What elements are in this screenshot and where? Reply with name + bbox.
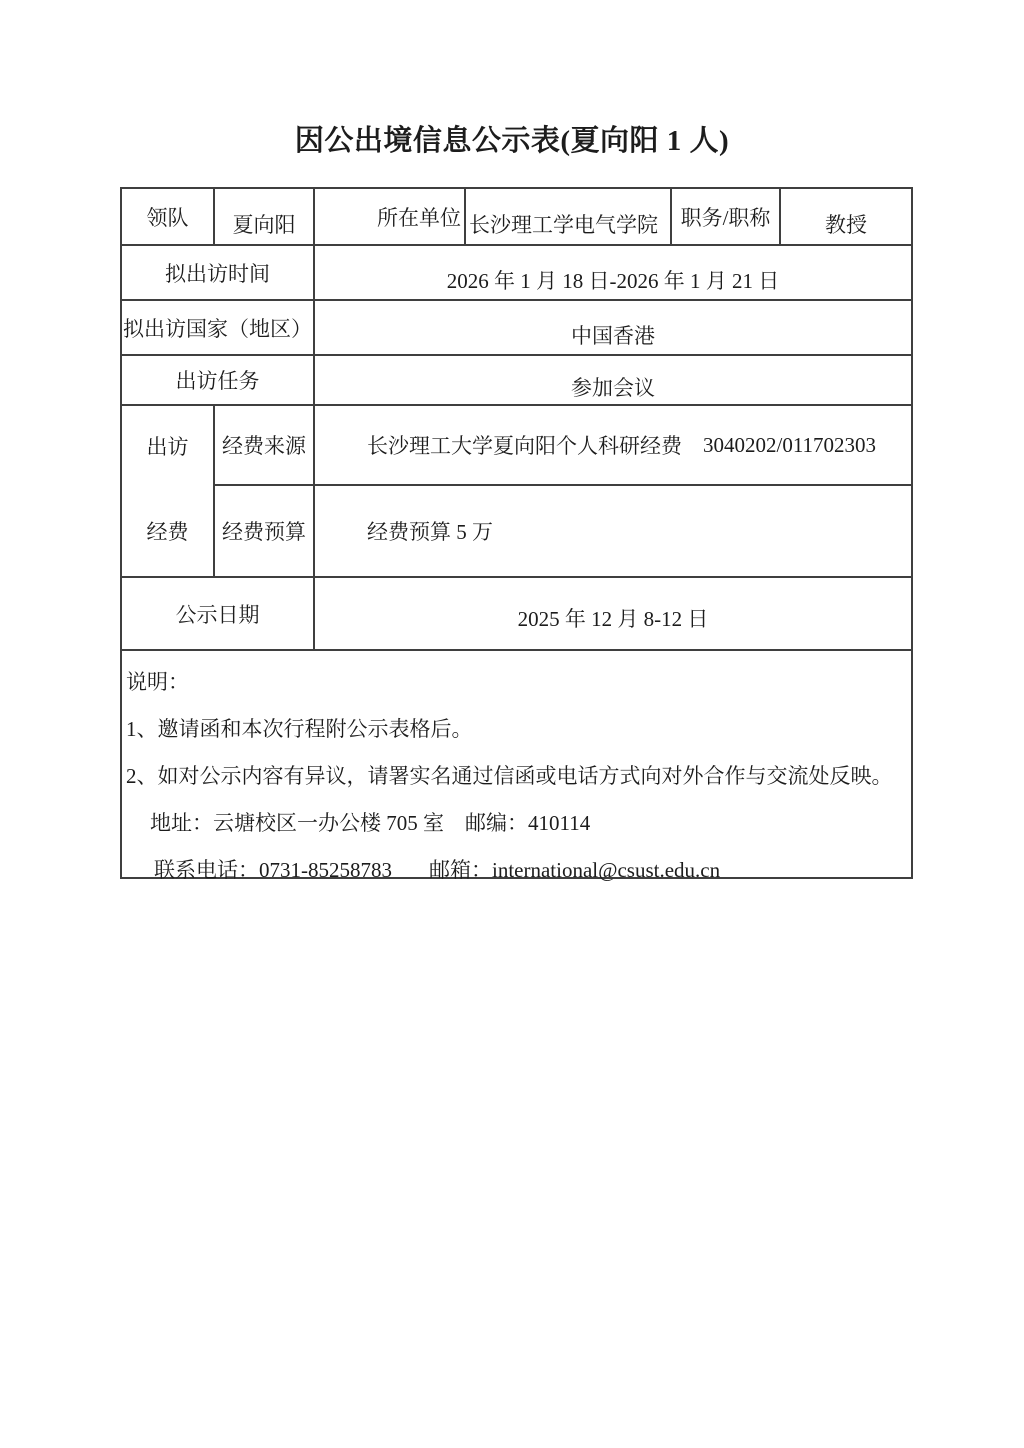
unit-label-cell: 所在单位: [315, 189, 466, 244]
phone-value: 0731-85258783: [259, 858, 392, 882]
table-row-destination: 拟出访国家（地区） 中国香港: [122, 301, 911, 356]
notes-section: 说明： 1、邀请函和本次行程附公示表格后。 2、如对公示内容有异议，请署实名通过…: [122, 651, 911, 894]
postcode-value: 410114: [528, 811, 590, 835]
destination-value-cell: 中国香港: [315, 301, 911, 354]
task-value-cell: 参加会议: [315, 356, 911, 404]
notes-contact-line: 联系电话：0731-85258783邮箱：international@csust…: [126, 847, 901, 894]
funding-group-line1: 出访: [122, 406, 213, 486]
phone-label: 联系电话：: [154, 858, 259, 882]
leader-label: 领队: [147, 202, 189, 232]
position-label-cell: 职务/职称: [672, 189, 781, 244]
publicity-date-value: 2025 年 12 月 8-12 日: [518, 603, 709, 633]
destination-label-cell: 拟出访国家（地区）: [122, 301, 315, 354]
leader-name: 夏向阳: [233, 209, 296, 239]
notes-item-1: 1、邀请函和本次行程附公示表格后。: [126, 706, 901, 753]
page-title: 因公出境信息公示表(夏向阳 1 人): [0, 120, 1024, 162]
email-value: international@csust.edu.cn: [492, 858, 720, 882]
travel-time-value: 2026 年 1 月 18 日-2026 年 1 月 21 日: [447, 265, 780, 295]
travel-time-value-cell: 2026 年 1 月 18 日-2026 年 1 月 21 日: [315, 246, 911, 299]
notes-item-2: 2、如对公示内容有异议，请署实名通过信函或电话方式向对外合作与交流处反映。: [126, 753, 901, 800]
position-label: 职务/职称: [681, 202, 771, 232]
task-label-cell: 出访任务: [122, 356, 315, 404]
notes-address-line: 地址：云塘校区一办公楼 705 室邮编：410114: [126, 800, 901, 847]
publicity-date-label-cell: 公示日期: [122, 578, 315, 649]
leader-name-cell: 夏向阳: [215, 189, 315, 244]
funding-budget-row: 经费预算 经费预算 5 万: [215, 486, 911, 576]
leader-label-cell: 领队: [122, 189, 215, 244]
funding-source-text: 长沙理工大学夏向阳个人科研经费: [367, 430, 682, 460]
destination-value: 中国香港: [571, 320, 655, 350]
funding-group-line2: 经费: [122, 486, 213, 576]
destination-label: 拟出访国家（地区）: [123, 313, 312, 343]
unit-label: 所在单位: [377, 202, 461, 232]
funding-rows: 经费来源 长沙理工大学夏向阳个人科研经费 3040202/011702303 经…: [215, 406, 911, 576]
funding-source-label-cell: 经费来源: [215, 406, 315, 484]
unit-value: 长沙理工学电气学院: [469, 209, 658, 239]
task-value: 参加会议: [571, 372, 655, 402]
funding-source-row: 经费来源 长沙理工大学夏向阳个人科研经费 3040202/011702303: [215, 406, 911, 486]
funding-source-value-cell: 长沙理工大学夏向阳个人科研经费 3040202/011702303: [315, 406, 911, 484]
funding-budget-label: 经费预算: [222, 516, 306, 546]
address-value: 云塘校区一办公楼 705 室: [213, 811, 444, 835]
email-label: 邮箱：: [429, 858, 492, 882]
position-value: 教授: [825, 209, 867, 239]
address-label: 地址：: [150, 811, 213, 835]
travel-time-label: 拟出访时间: [165, 258, 270, 288]
notes-heading: 说明：: [126, 659, 901, 706]
table-row-travel-time: 拟出访时间 2026 年 1 月 18 日-2026 年 1 月 21 日: [122, 246, 911, 301]
funding-budget-label-cell: 经费预算: [215, 486, 315, 576]
position-value-cell: 教授: [781, 189, 911, 244]
funding-source-label: 经费来源: [222, 430, 306, 460]
funding-group-cell: 出访 经费: [122, 406, 215, 576]
table-row-task: 出访任务 参加会议: [122, 356, 911, 406]
funding-budget-value-cell: 经费预算 5 万: [315, 486, 911, 576]
funding-budget-value: 经费预算 5 万: [367, 516, 493, 546]
public-notice-table: 领队 夏向阳 所在单位 长沙理工学电气学院 职务/职称 教授 拟出访时间: [120, 187, 913, 879]
table-row-publicity-date: 公示日期 2025 年 12 月 8-12 日: [122, 578, 911, 651]
funding-source-code: 3040202/011702303: [703, 433, 876, 458]
document-page: 因公出境信息公示表(夏向阳 1 人) 领队 夏向阳 所在单位 长沙理工学电气学院…: [0, 0, 1024, 1448]
postcode-label: 邮编：: [465, 811, 528, 835]
travel-time-label-cell: 拟出访时间: [122, 246, 315, 299]
table-rows-funding: 出访 经费 经费来源 长沙理工大学夏向阳个人科研经费 3040202/01170…: [122, 406, 911, 578]
task-label: 出访任务: [176, 365, 260, 395]
publicity-date-label: 公示日期: [176, 599, 260, 629]
table-row-leader: 领队 夏向阳 所在单位 长沙理工学电气学院 职务/职称 教授: [122, 189, 911, 246]
publicity-date-value-cell: 2025 年 12 月 8-12 日: [315, 578, 911, 649]
unit-value-cell: 长沙理工学电气学院: [466, 189, 672, 244]
